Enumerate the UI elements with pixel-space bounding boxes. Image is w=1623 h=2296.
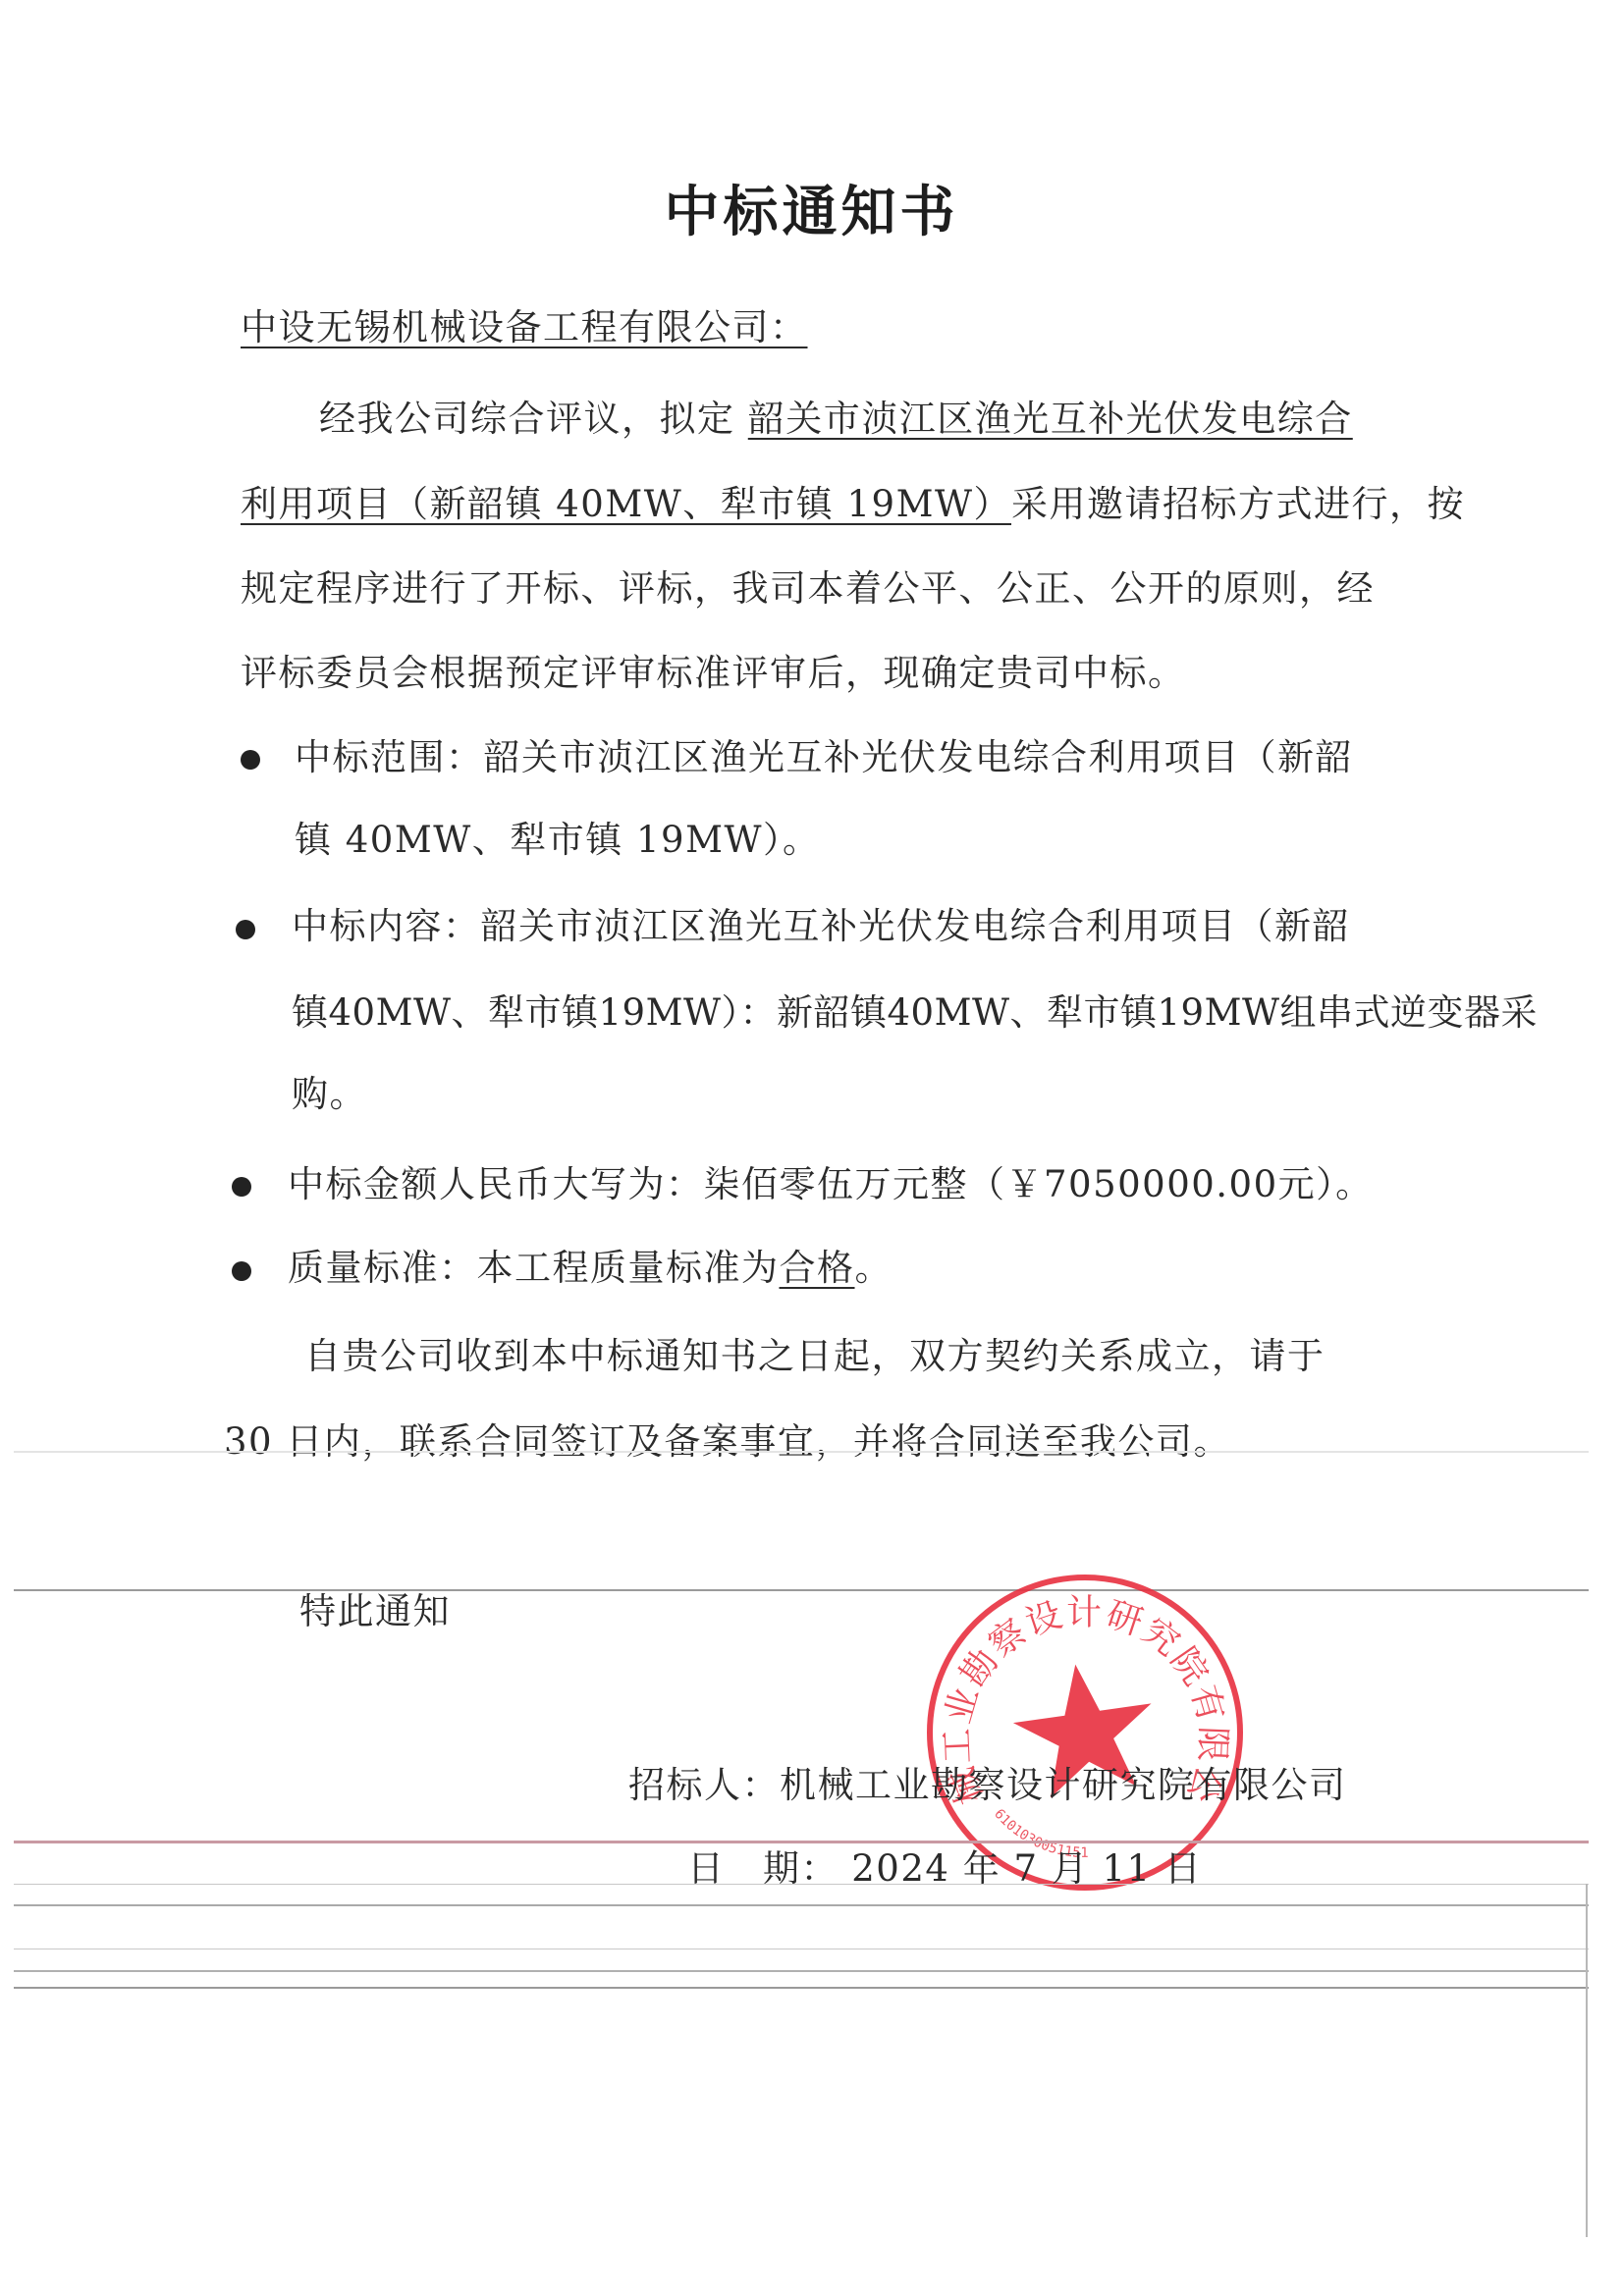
quality-suffix: 。 — [855, 1247, 893, 1289]
scan-line — [14, 1970, 1589, 1972]
project-name-part-1: 韶关市浈江区渔光互补光伏发电综合 — [748, 398, 1353, 440]
scan-edge-line — [1586, 1884, 1588, 2237]
intro-line-1: 经我公司综合评议，拟定 韶关市浈江区渔光互补光伏发电综合 — [319, 398, 1353, 441]
scan-line — [14, 1589, 1589, 1591]
bid-content-line-3: 购。 — [292, 1073, 367, 1116]
bullet-icon — [232, 1261, 251, 1281]
intro-prefix: 经我公司综合评议，拟定 — [319, 398, 748, 440]
bid-amount-line: 中标金额人民币大写为：柒佰零伍万元整（￥7050000.00元）。 — [288, 1163, 1374, 1206]
bid-scope-line-1: 中标范围：韶关市浈江区渔光互补光伏发电综合利用项目（新韶 — [295, 736, 1353, 779]
bullet-icon — [241, 750, 260, 770]
intro-line-4: 评标委员会根据预定评审标准评审后，现确定贵司中标。 — [241, 652, 1186, 695]
bid-content-line-2: 镇40MW、犁市镇19MW）：新韶镇40MW、犁市镇19MW组串式逆变器采 — [292, 991, 1538, 1035]
intro-line-3: 规定程序进行了开标、评标，我司本着公平、公正、公开的原则，经 — [241, 567, 1375, 611]
quality-value: 合格 — [780, 1247, 855, 1289]
document-title: 中标通知书 — [0, 169, 1623, 247]
scan-line — [14, 1884, 1589, 1885]
scan-line — [14, 1949, 1589, 1949]
issuer-name: 机械工业勘察设计研究院有限公司 — [780, 1764, 1347, 1806]
scan-line — [14, 1841, 1589, 1843]
intro-line-2: 利用项目（新韶镇 40MW、犁市镇 19MW）采用邀请招标方式进行，按 — [241, 483, 1465, 526]
issuer-line: 招标人：机械工业勘察设计研究院有限公司 — [628, 1764, 1347, 1807]
bullet-icon — [232, 1177, 251, 1197]
official-seal: 机械工业勘察设计研究院有限公司 6101030051151 — [923, 1571, 1247, 1895]
addressee: 中设无锡机械设备工程有限公司： — [241, 306, 808, 349]
scan-line — [14, 1987, 1589, 1989]
intro-line-2-suffix: 采用邀请招标方式进行，按 — [1011, 483, 1465, 525]
project-name-part-2: 利用项目（新韶镇 40MW、犁市镇 19MW） — [241, 483, 1011, 525]
quality-prefix: 质量标准：本工程质量标准为 — [288, 1247, 780, 1289]
bullet-icon — [236, 920, 255, 939]
issuer-label: 招标人： — [628, 1764, 780, 1806]
closing-line-1: 自贵公司收到本中标通知书之日起，双方契约关系成立，请于 — [304, 1335, 1325, 1378]
closing-line-2: 30 日内，联系合同签订及备案事宜，并将合同送至我公司。 — [224, 1420, 1231, 1464]
scan-line — [14, 1904, 1589, 1906]
bid-scope-line-2: 镇 40MW、犁市镇 19MW）。 — [295, 819, 821, 862]
notice-text: 特此通知 — [299, 1590, 451, 1633]
scan-line — [14, 1451, 1589, 1453]
bid-content-line-1: 中标内容：韶关市浈江区渔光互补光伏发电综合利用项目（新韶 — [292, 905, 1350, 948]
quality-standard-line: 质量标准：本工程质量标准为合格。 — [288, 1247, 893, 1290]
